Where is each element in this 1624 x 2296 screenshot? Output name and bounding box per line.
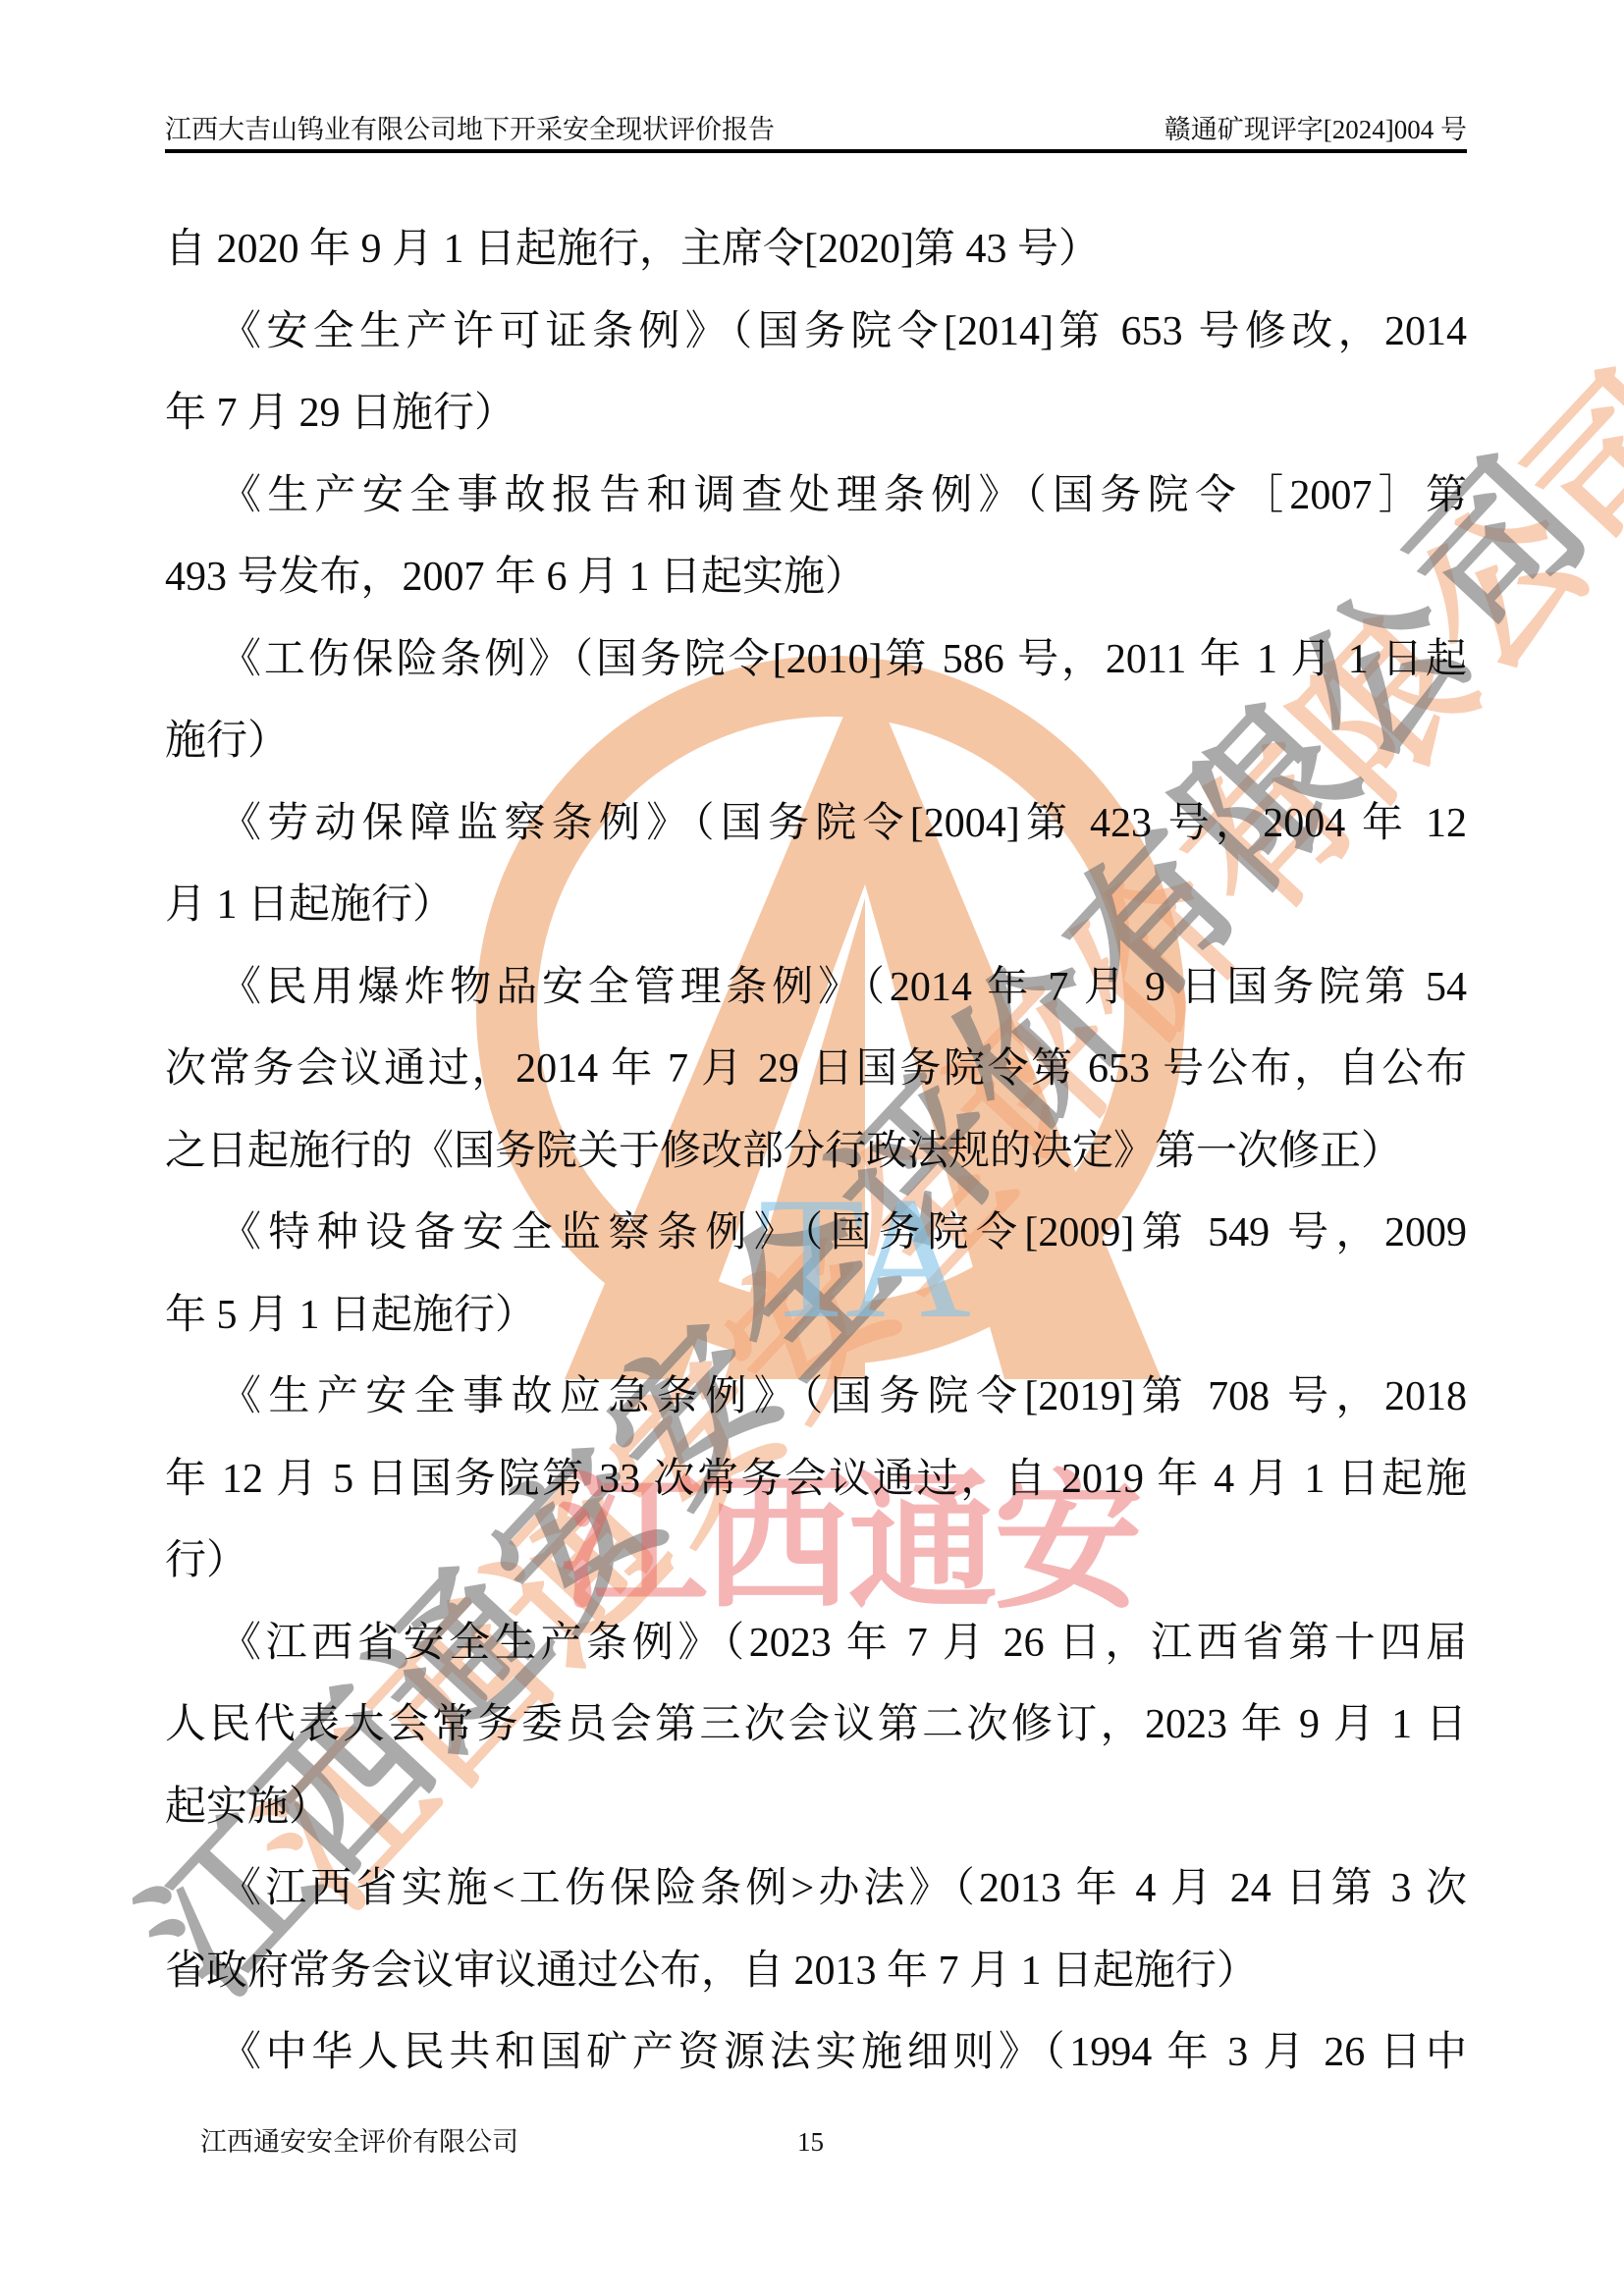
page-header: 江西大吉山钨业有限公司地下开采安全现状评价报告 赣通矿现评字[2024]004 … (165, 114, 1467, 145)
body-line: 《劳动保障监察条例》（国务院令[2004]第 423 号，2004 年 12 (165, 782, 1467, 865)
body-line: 月 1 日起施行） (165, 864, 1467, 946)
body-line: 自 2020 年 9 月 1 日起施行，主席令[2020]第 43 号） (165, 208, 1467, 291)
body-line: 《安全生产许可证条例》（国务院令[2014]第 653 号修改，2014 (165, 291, 1467, 373)
body-line: 《江西省实施<工伤保险条例>办法》（2013 年 4 月 24 日第 3 次 (165, 1847, 1467, 1930)
header-divider-line (165, 149, 1467, 153)
document-page: 江西通安安全评价有限公司 江西通安安全评价有限公司 TA 江西通安 江西大吉山钨… (0, 0, 1624, 2296)
body-line: 施行） (165, 700, 1467, 782)
body-line: 493 号发布，2007 年 6 月 1 日起实施） (165, 536, 1467, 618)
body-line: 省政府常务会议审议通过公布，自 2013 年 7 月 1 日起施行） (165, 1930, 1467, 2012)
body-line: 起实施） (165, 1766, 1467, 1848)
body-line: 年 12 月 5 日国务院第 33 次常务会议通过，自 2019 年 4 月 1… (165, 1438, 1467, 1521)
body-line: 《民用爆炸物品安全管理条例》（2014 年 7 月 9 日国务院第 54 (165, 946, 1467, 1029)
body-line: 《特种设备安全监察条例》（国务院令[2009]第 549 号，2009 (165, 1192, 1467, 1274)
footer-page-number: 15 (797, 2122, 824, 2162)
body-line: 《生产安全事故应急条例》（国务院令[2019]第 708 号，2018 (165, 1356, 1467, 1438)
body-line: 《江西省安全生产条例》（2023 年 7 月 26 日，江西省第十四届 (165, 1602, 1467, 1684)
body-line: 行） (165, 1520, 1467, 1602)
body-line: 年 7 月 29 日施行） (165, 372, 1467, 454)
header-report-title: 江西大吉山钨业有限公司地下开采安全现状评价报告 (165, 114, 775, 145)
body-line: 《中华人民共和国矿产资源法实施细则》（1994 年 3 月 26 日中 (165, 2011, 1467, 2094)
body-line: 次常务会议通过，2014 年 7 月 29 日国务院令第 653 号公布，自公布 (165, 1028, 1467, 1110)
body-line: 之日起施行的《国务院关于修改部分行政法规的决定》第一次修正） (165, 1110, 1467, 1193)
footer-company-name: 江西通安安全评价有限公司 (200, 2122, 518, 2162)
body-line: 《生产安全事故报告和调查处理条例》（国务院令［2007］第 (165, 454, 1467, 537)
header-doc-number: 赣通矿现评字[2024]004 号 (1164, 114, 1467, 145)
body-line: 《工伤保险条例》（国务院令[2010]第 586 号，2011 年 1 月 1 … (165, 618, 1467, 701)
page-footer: 江西通安安全评价有限公司 15 (165, 2122, 1467, 2162)
body-line: 人民代表大会常务委员会第三次会议第二次修订，2023 年 9 月 1 日 (165, 1683, 1467, 1766)
body-line: 年 5 月 1 日起施行） (165, 1274, 1467, 1357)
